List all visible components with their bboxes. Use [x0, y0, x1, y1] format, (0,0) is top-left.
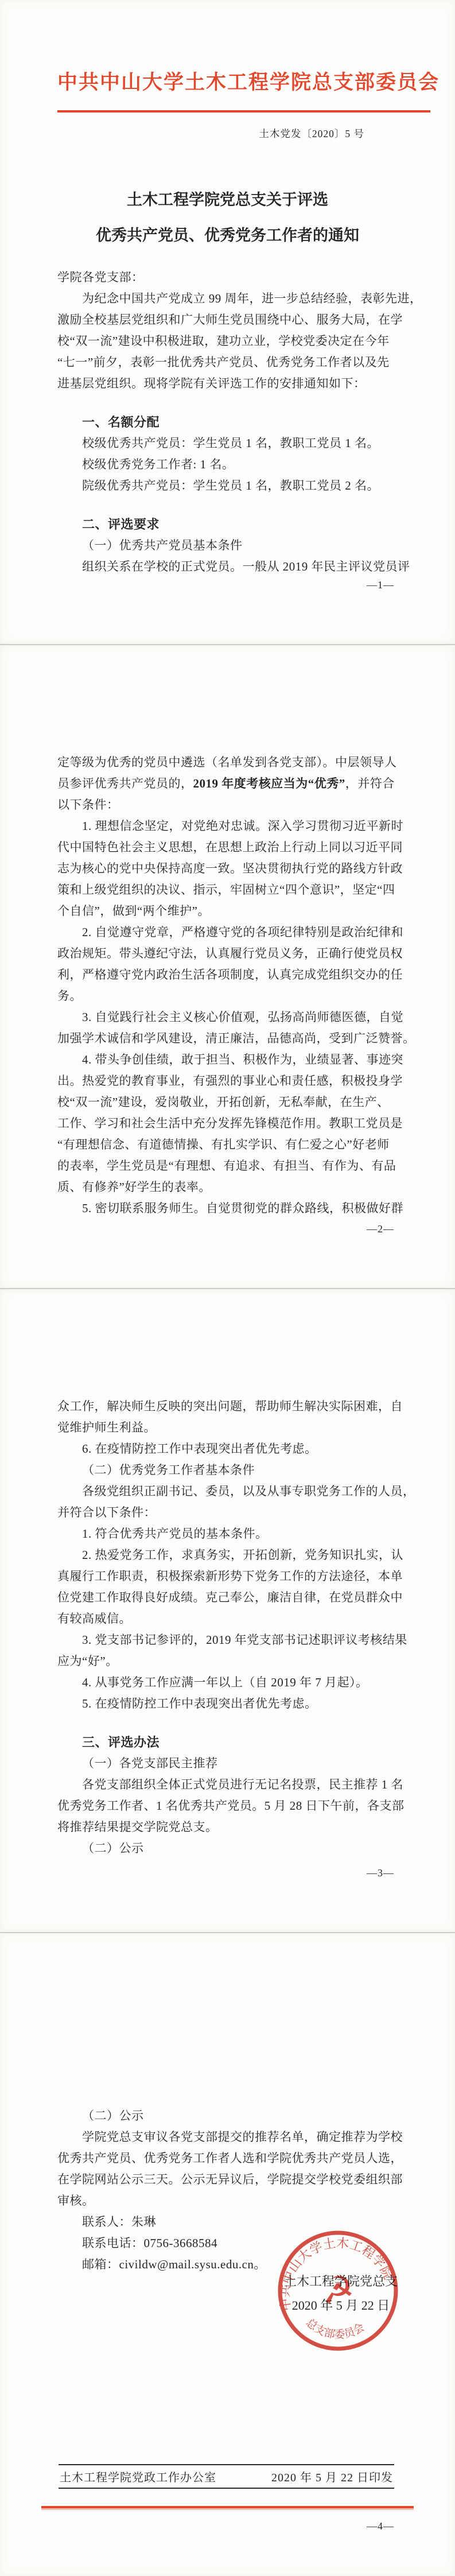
text-line: 4. 带头争创佳绩，敢于担当、积极作为，业绩显著、事迹突	[57, 1049, 398, 1070]
page-3: 众工作，解决师生反映的突出问题，帮助师生解决实际困难，自觉维护师生利益。6. 在…	[0, 1288, 455, 1932]
page-1: 中共中山大学土木工程学院总支部委员会 土木党发〔2020〕5 号 土木工程学院党…	[0, 0, 455, 644]
text-line: 质、有修养”好学生的表率。	[57, 1177, 398, 1198]
text-line: 员参评优秀共产党员的，2019 年度考核应当为“优秀”，并符合	[57, 773, 398, 794]
text-line: 代中国特色社会主义思想，在思想上政治上行动上同以习近平同	[57, 837, 398, 858]
text-line: 利，严格遵守党内政治生活各项制度，认真完成党组织交办的任	[57, 964, 398, 986]
official-red-stamp: 中共中山大学土木工程学院 总支部委员会 ☭	[268, 2221, 408, 2361]
text-line: 5. 密切联系服务师生。自觉贯彻党的群众路线，积极做好群	[57, 1198, 398, 1219]
text-line: 加强学术诚信和学风建设，清正廉洁，品德高尚，受到广泛赞誉。	[57, 1028, 398, 1049]
text-line: （二）公示	[57, 1838, 398, 1859]
text-line: 务。	[57, 986, 398, 1007]
page-1-body: 学院各党支部：为纪念中国共产党成立 99 周年，进一步总结经验，表彰先进，激励全…	[57, 267, 398, 577]
section-heading: 二、评选要求	[57, 514, 398, 535]
text-line: 6. 在疫情防控工作中表现突出者优先考虑。	[57, 1438, 398, 1460]
colophon-box: 土木工程学院党政工作办公室 2020 年 5 月 22 日印发	[59, 2464, 394, 2489]
text-line: 将推荐结果提交学院党总支。	[57, 1817, 398, 1838]
scanned-official-document: 中共中山大学土木工程学院总支部委员会 土木党发〔2020〕5 号 土木工程学院党…	[0, 0, 455, 2576]
text-line: 优秀党务工作者、1 名优秀共产党员。5 月 28 日下午前，各支部	[57, 1795, 398, 1817]
text-line: 进基层党组织。现将学院有关评选工作的安排通知如下：	[57, 373, 398, 394]
page-3-body: 众工作，解决师生反映的突出问题，帮助师生解决实际困难，自觉维护师生利益。6. 在…	[57, 1289, 398, 1859]
text-line: 觉维护师生利益。	[57, 1417, 398, 1438]
text-line: 1. 理想信念坚定，对党绝对忠诚。深入学习贯彻习近平新时	[57, 816, 398, 837]
text-line: 政治规矩。带头遵纪守法，认真履行党员义务，正确行使党员权	[57, 943, 398, 964]
text-line: “有理想信念、有道德情操、有扎实学识、有仁爱之心”好老师	[57, 1134, 398, 1155]
text-line: 3. 自觉践行社会主义核心价值观，弘扬高尚师德医德，自觉	[57, 1007, 398, 1028]
colophon-red-rule	[41, 2506, 414, 2508]
text-line: 激励全校基层党组织和广大师生党员围绕中心、服务大局，在学	[57, 309, 398, 331]
text-line: 校级优秀共产党员：学生党员 1 名，教职工党员 1 名。	[57, 433, 398, 454]
text-line: 定等级为优秀的党员中遴选（名单发到各党支部）。中层领导人	[57, 752, 398, 773]
text-line: 4. 从事党务工作应满一年以上（自 2019 年 7 月起）。	[57, 1672, 398, 1693]
text-line: 应为“好”。	[57, 1651, 398, 1672]
text-line: （二）公示	[57, 2105, 398, 2127]
text-line: 的表率，学生党员是“有理想、有追求、有担当、有作为、有品	[57, 1155, 398, 1177]
text-line: 5. 在疫情防控工作中表现突出者优先考虑。	[57, 1693, 398, 1714]
page-number-2: —2—	[367, 1223, 394, 1235]
text-line: 1. 符合优秀共产党员的基本条件。	[57, 1523, 398, 1545]
page-4: （二）公示学院党总支审议各党支部提交的推荐名单，确定推荐为学校优秀共产党员、优秀…	[0, 1932, 455, 2576]
text-line: 真履行工作职责，积极探索新形势下党务工作的方法途径，本单	[57, 1566, 398, 1587]
text-line: 以下条件：	[57, 794, 398, 816]
text-line: 众工作，解决师生反映的突出问题，帮助师生解决实际困难，自	[57, 1396, 398, 1417]
text-line: 学院党总支审议各党支部提交的推荐名单，确定推荐为学校	[57, 2127, 398, 2148]
page-4-body: （二）公示学院党总支审议各党支部提交的推荐名单，确定推荐为学校优秀共产党员、优秀…	[57, 1933, 398, 2275]
text-line: 优秀共产党员、优秀党务工作者人选和学院优秀共产党员人选，	[57, 2148, 398, 2169]
stamp-ring-text-bottom: 总支部委员会	[302, 2311, 367, 2345]
text-line: 并符合以下条件：	[57, 1502, 398, 1523]
text-line: 学院各党支部：	[57, 267, 398, 288]
document-title-line-2: 优秀共产党员、优秀党务工作者的通知	[57, 218, 398, 253]
page-2: 定等级为优秀的党员中遴选（名单发到各党支部）。中层领导人员参评优秀共产党员的，2…	[0, 644, 455, 1288]
page-number-1: —1—	[367, 579, 394, 591]
text-line: 在学院网站公示三天。公示无异议后，学院提交学校党委组织部	[57, 2169, 398, 2190]
document-title-line-1: 土木工程学院党总支关于评选	[57, 182, 398, 218]
page-number-4: —4—	[367, 2520, 394, 2532]
text-line: 志为核心的党中央保持高度一致。坚决贯彻执行党的路线方针政	[57, 858, 398, 879]
red-header-rule	[57, 110, 430, 112]
section-heading: 一、名额分配	[57, 412, 398, 433]
text-line: “七一”前夕，表彰一批优秀共产党员、优秀党务工作者以及先	[57, 352, 398, 373]
stamp-emblem-icon: ☭	[320, 2268, 357, 2314]
text-line: 位党建工作取得良好成绩。克己奉公，廉洁自律，在党员群众中	[57, 1587, 398, 1608]
document-title: 土木工程学院党总支关于评选 优秀共产党员、优秀党务工作者的通知	[57, 182, 398, 253]
text-line: 校级优秀党务工作者: 1 名。	[57, 454, 398, 475]
colophon-issuing-office: 土木工程学院党政工作办公室	[60, 2468, 216, 2485]
colophon-print-date: 2020 年 5 月 22 日印发	[271, 2468, 393, 2485]
text-line: 个自信”，做到“两个维护”。	[57, 901, 398, 922]
text-line: 为纪念中国共产党成立 99 周年，进一步总结经验，表彰先进，	[57, 288, 398, 309]
page-2-body: 定等级为优秀的党员中遴选（名单发到各党支部）。中层领导人员参评优秀共产党员的，2…	[57, 645, 398, 1219]
text-line: 各级党组织正副书记、委员，以及从事专职党务工作的人员，	[57, 1481, 398, 1502]
text-line: 2. 自觉遵守党章，严格遵守党的各项纪律特别是政治纪律和	[57, 922, 398, 943]
text-line: （二）优秀党务工作者基本条件	[57, 1460, 398, 1481]
page-number-3: —3—	[367, 1867, 394, 1879]
text-line: 2. 热爱党务工作，求真务实，开拓创新，党务知识扎实，认	[57, 1545, 398, 1566]
text-line: （一）各党支部民主推荐	[57, 1753, 398, 1774]
text-line: （一）优秀共产党员基本条件	[57, 535, 398, 556]
red-header-org-title: 中共中山大学土木工程学院总支部委员会	[57, 67, 398, 95]
text-line: 出。热爱党的教育事业，有强烈的事业心和责任感，积极投身学	[57, 1070, 398, 1092]
text-line: 院级优秀共产党员：学生党员 1 名，教职工党员 2 名。	[57, 475, 398, 496]
text-line: 3. 党支部书记参评的，2019 年党支部书记述职评议考核结果	[57, 1630, 398, 1651]
text-line: 策和上级党组织的决议、指示，牢固树立“四个意识”，坚定“四	[57, 879, 398, 901]
document-number: 土木党发〔2020〕5 号	[57, 126, 398, 141]
text-line: 校“双一流”建设，爱岗敬业，开拓创新，无私奉献，在生产、	[57, 1092, 398, 1113]
text-line: 各党支部组织全体正式党员进行无记名投票，民主推荐 1 名	[57, 1774, 398, 1795]
text-line: 工作、学习和社会生活中充分发挥先锋模范作用。教职工党员是	[57, 1113, 398, 1134]
text-line: 有较高威信。	[57, 1608, 398, 1630]
text-line: 审核。	[57, 2190, 398, 2212]
text-line: 校“双一流”建设中积极进取，建功立业，学校党委决定在今年	[57, 331, 398, 352]
section-heading: 三、评选办法	[57, 1732, 398, 1753]
text-line: 组织关系在学校的正式党员。一般从 2019 年民主评议党员评	[57, 556, 398, 577]
